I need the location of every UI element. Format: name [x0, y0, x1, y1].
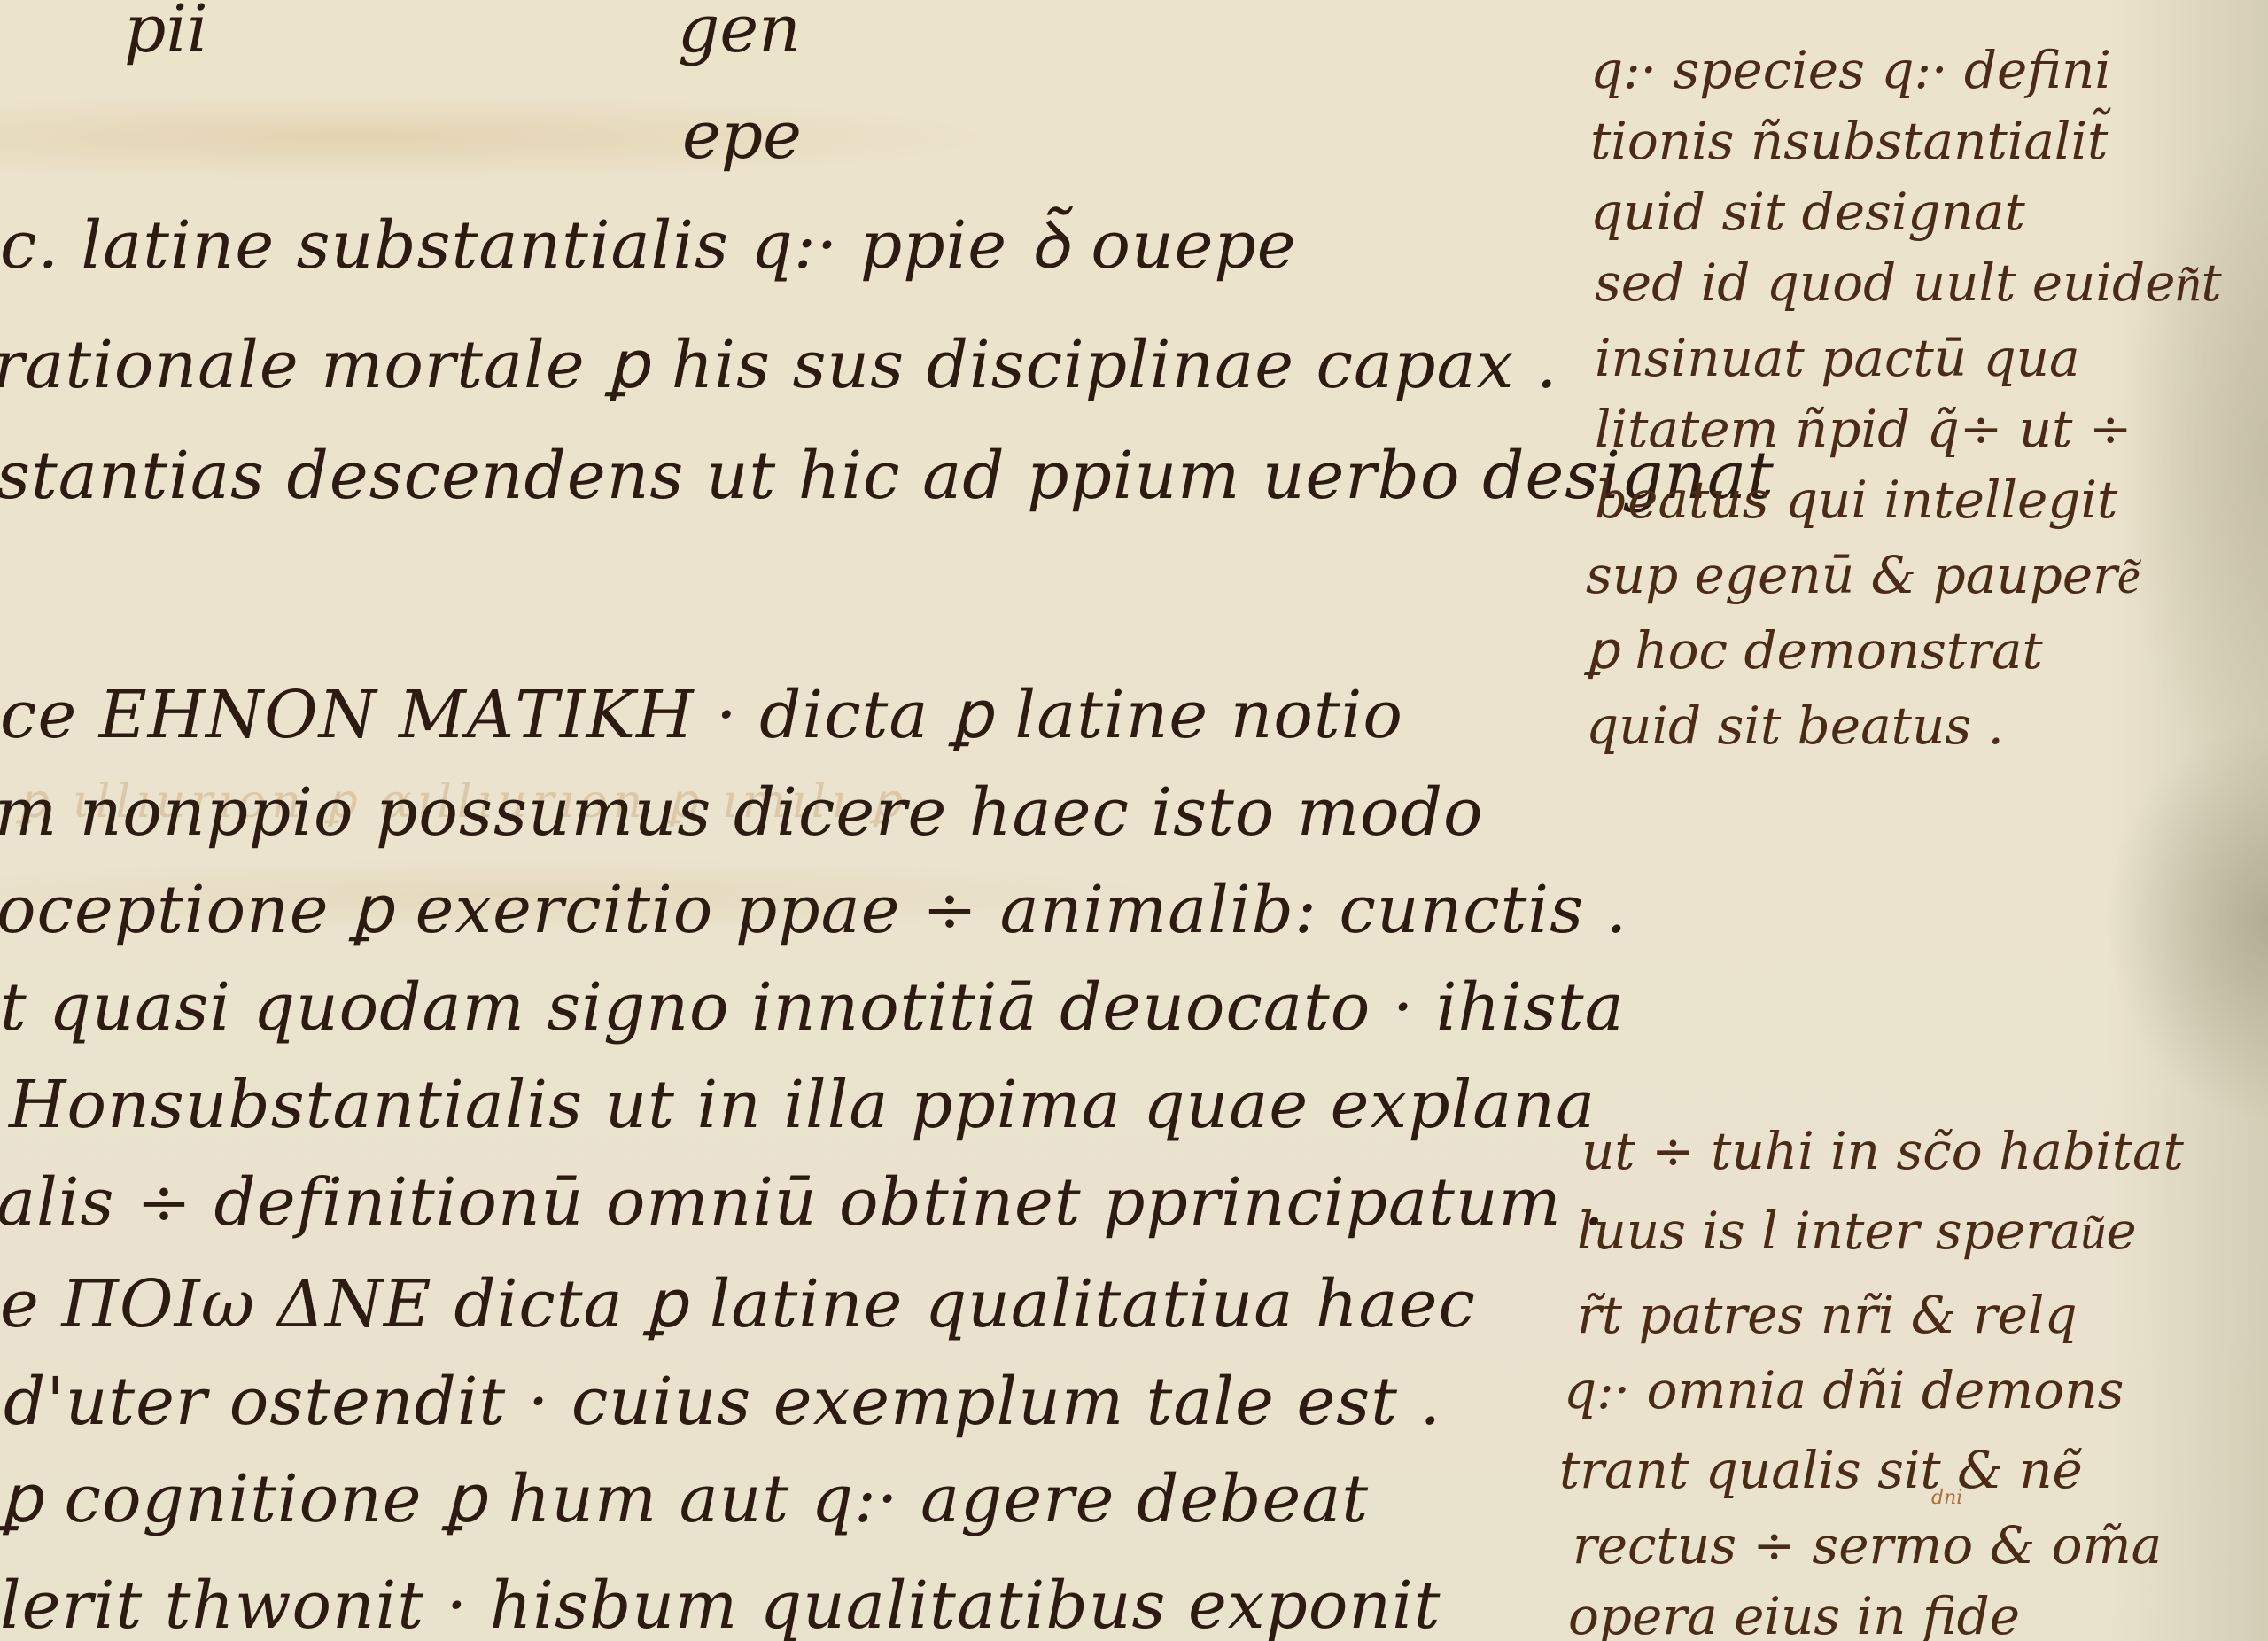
gloss-lower-line-1: ut ÷ tuhi in sc̃o habitat — [1581, 1125, 2184, 1177]
red-correction-mark: dni — [1931, 1487, 1962, 1509]
gloss-upper-line-6: litatem ñpid q̃÷ ut ÷ — [1595, 403, 2132, 455]
main-text-line-9: alis ÷ definitionū omniū obtinet pprinci… — [0, 1170, 1605, 1235]
gloss-upper-line-3: quid sit designat — [1590, 186, 2025, 237]
gloss-lower-line-7: opera eius in fide — [1568, 1590, 2020, 1641]
main-text-line-4: ce ΕΗΝΟΝ ΜΑΤΙΚΗ · dicta ꝑ latine notio — [0, 682, 1403, 748]
gloss-lower-line-4: q:· omnia dñi demons — [1564, 1365, 2124, 1416]
gloss-upper-line-8: sup egenū & paupere͂ — [1586, 549, 2140, 601]
main-text-line-13: lerit thwonit · hisbum qualitatibus expo… — [0, 1573, 1441, 1638]
main-text-line-11: d'uter ostendit · cuius exemplum tale es… — [4, 1369, 1441, 1435]
main-text-line-6: oceptione ꝑ exercitio ppae ÷ animalib: c… — [0, 877, 1627, 943]
main-text-line-3: stantias descendens ut hic ad ppium uerb… — [0, 443, 1775, 509]
main-text-line-7: t quasi quodam signo innotitiā deuocato … — [0, 975, 1625, 1040]
interlinear-word-gen: gen — [678, 0, 801, 67]
gloss-upper-line-4: sed id quod uult euiden͂t — [1595, 257, 2222, 308]
gloss-lower-line-6: rectus ÷ sermo & om̃a — [1573, 1520, 2162, 1571]
gloss-upper-line-10: quid sit beatus . — [1586, 700, 2004, 751]
interlinear-word-pii: pii — [124, 0, 208, 67]
main-text-line-5: m nonppio possumus dicere haec isto modo — [0, 780, 1484, 845]
main-text-line-2: rationale mortale ꝑ his sus disciplinae … — [0, 332, 1557, 398]
gloss-lower-line-2: luus is l inter sperau͂e — [1577, 1205, 2137, 1256]
main-text-line-12: ꝑ cognitione ꝑ hum aut q:· agere debeat — [0, 1466, 1369, 1532]
gloss-upper-line-1: q:· species q:· defini — [1590, 44, 2111, 96]
main-text-line-10: e ΠΟΙω ΔΝΕ dicta ꝑ latine qualitatiua ha… — [0, 1272, 1476, 1337]
main-text-line-8: Honsubstantialis ut in illa ppima quae e… — [9, 1072, 1596, 1138]
main-text-line-1: c. latine substantialis q:· ppie ꝺ̃ ouep… — [0, 213, 1297, 278]
interlinear-word-epe: epe — [682, 97, 802, 174]
gloss-upper-line-5: insinuat pactū qua — [1595, 332, 2080, 384]
gloss-upper-line-7: beatus qui intellegit — [1595, 474, 2117, 525]
gloss-upper-line-9: ꝑ hoc demonstrat — [1586, 625, 2043, 676]
gloss-lower-line-3: r̃t patres nr̃i & relq — [1577, 1289, 2078, 1341]
gloss-upper-line-2: tionis ñsubstantialit̃ — [1590, 115, 2108, 167]
gloss-lower-line-5: trant qualis sit & nẽ — [1559, 1444, 2083, 1496]
